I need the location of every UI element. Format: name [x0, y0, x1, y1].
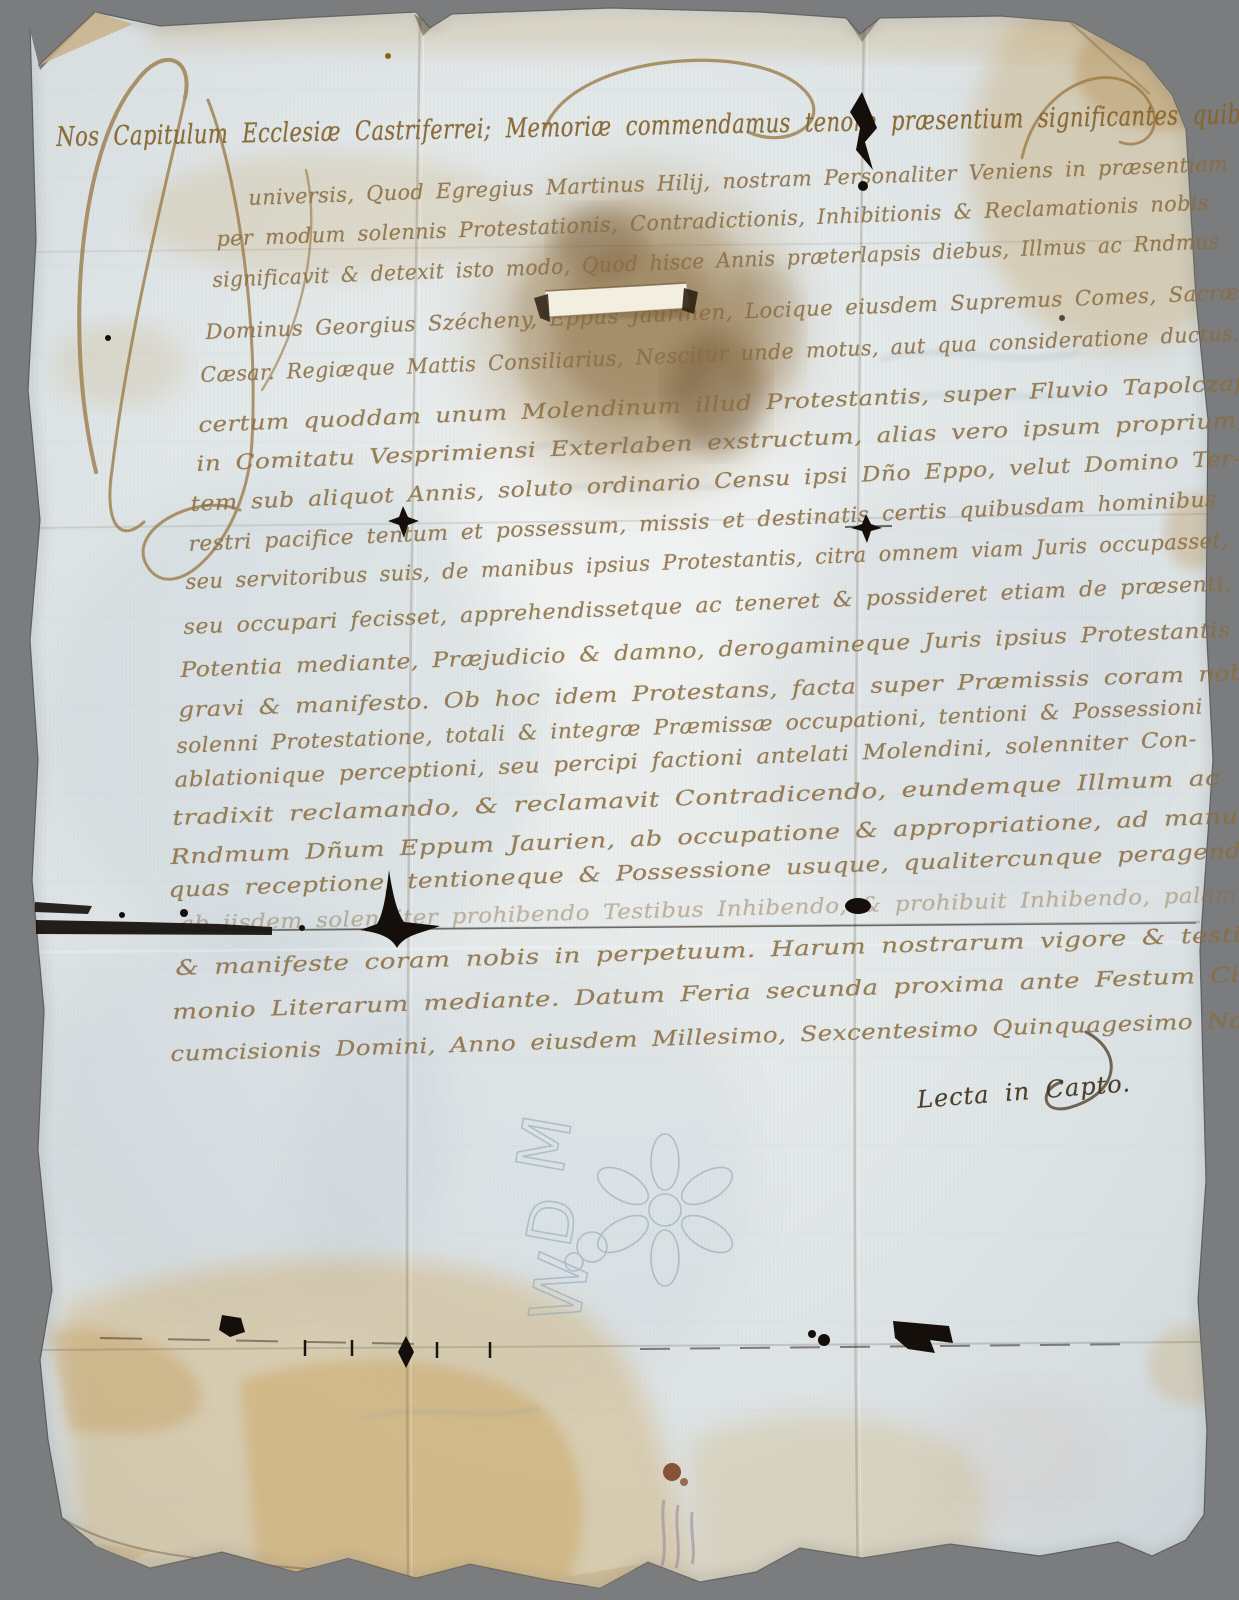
ink-blots: [35, 53, 1196, 1486]
ink-blot-bottom-left: [219, 1315, 245, 1337]
seal-tab-slit-left: [534, 294, 550, 322]
ink-blot-bottom-fold-cross: [398, 1336, 414, 1368]
ink-blot-main-cross: [360, 870, 440, 948]
damage-overlay: [0, 0, 1239, 1600]
ink-blot-right-fold-mid: [851, 514, 882, 543]
ink-smear-left-bar: [36, 920, 272, 935]
ink-blot-top-right-fold: [850, 92, 877, 170]
manuscript-photo: M D W: [0, 0, 1239, 1600]
ink-streak-left-edge: [35, 902, 92, 914]
purple-show-through: [662, 1500, 693, 1568]
seal-tab: [534, 283, 698, 322]
ink-blot-left-fold-mid: [388, 506, 419, 538]
ink-blot-bottom-big: [893, 1321, 953, 1353]
seal-tab-slit-right: [682, 288, 698, 314]
rust-spot: [663, 1463, 681, 1481]
